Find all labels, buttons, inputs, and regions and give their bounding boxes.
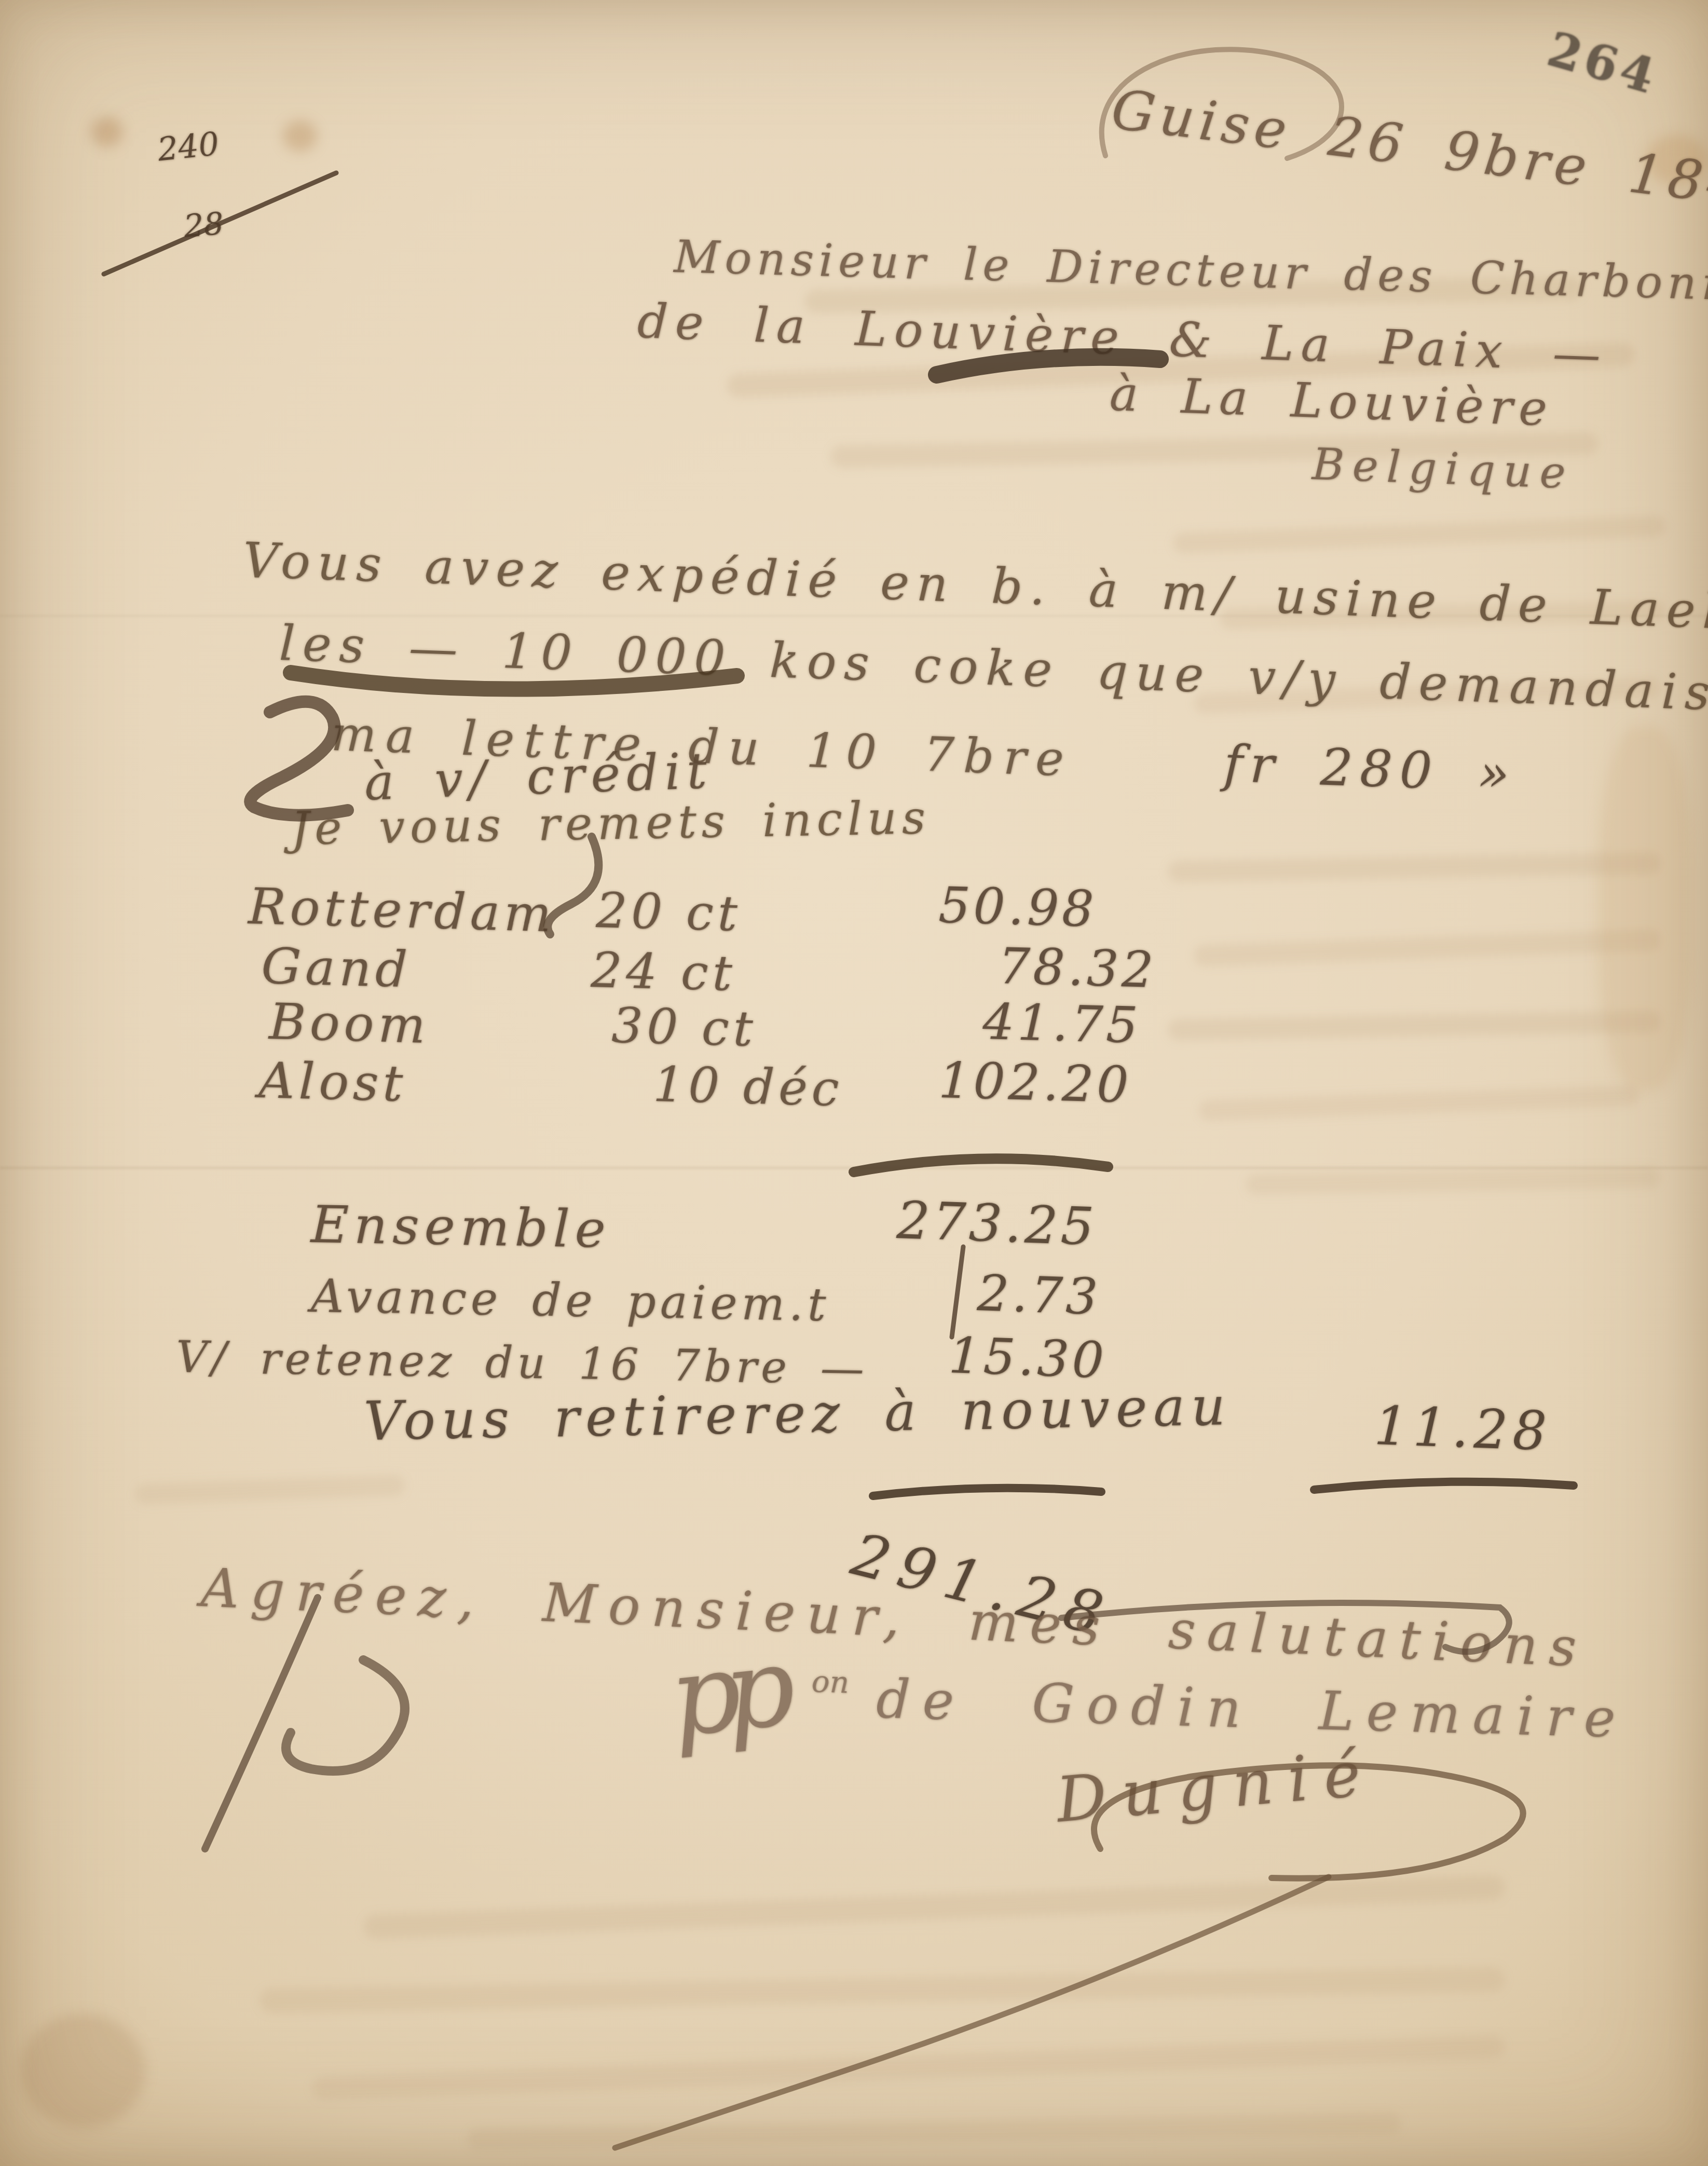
archival-note-bottom: 28 (183, 206, 225, 245)
procuration-monogram: pp (664, 1624, 785, 1761)
table-row-amount: 78.32 (998, 937, 1157, 999)
table-row-place: Alost (258, 1051, 408, 1113)
table-row-qty: 10 déc (652, 1056, 844, 1118)
summary-avance-label: Avance de paiem.t (310, 1269, 830, 1331)
bleed-through-mark (311, 2035, 1505, 2100)
table-row-amount: 41.75 (982, 992, 1142, 1055)
bleed-through-mark (363, 1875, 1505, 1940)
ensemble-rule-stroke (854, 1159, 1108, 1172)
table-row-qty: 24 ct (590, 942, 737, 1002)
table-row-place: Boom (268, 992, 430, 1055)
fold-crease (0, 1167, 1708, 1169)
bleed-through-mark (259, 1967, 1505, 2013)
signature: Dugnié (1054, 1737, 1379, 1836)
folio-number: 264 (1541, 21, 1664, 105)
procuration-name: de Godin Lemaire (876, 1669, 1629, 1750)
dateline: Guise 26 9bre 1842 (1108, 78, 1708, 224)
bleed-through-mark (1173, 515, 1666, 553)
agreez-curl-stroke (286, 1660, 405, 1771)
letter-page: 264 240 28 Guise 26 9bre 1842 Monsieur l… (0, 0, 1708, 2166)
archival-note-top: 240 (156, 125, 221, 169)
table-row-qty: 20 ct (595, 882, 742, 943)
table-row-place: Rotterdam (248, 877, 556, 943)
bleed-through-mark (1199, 1085, 1641, 1121)
bleed-through-mark (1194, 929, 1661, 966)
bleed-through-mark (1246, 1167, 1661, 1195)
recipient-line-4: Belgique (1311, 439, 1575, 499)
paper-stain (1598, 727, 1692, 1090)
avance-bar-stroke (952, 1247, 963, 1337)
bleed-through-mark (467, 2112, 1401, 2150)
paper-stain (91, 117, 123, 147)
table-row-amount: 50.98 (938, 876, 1098, 938)
summary-ensemble-label: Ensemble (310, 1194, 611, 1260)
summary-avance-amount: 2.73 (976, 1264, 1102, 1326)
signature-tail-stroke (615, 1877, 1329, 2148)
remit-line: Je vous remets inclus (291, 791, 931, 855)
table-row-amount: 102.20 (938, 1051, 1132, 1114)
summary-ensemble-amount: 273.25 (896, 1190, 1098, 1257)
credit-amount: fr 280 » (1223, 734, 1518, 804)
table-row-qty: 30 ct (611, 998, 758, 1058)
bleed-through-mark (1168, 1011, 1661, 1041)
agreez-descender-stroke (205, 1598, 318, 1849)
paper-stain (283, 120, 317, 152)
bleed-through-mark (1168, 852, 1661, 883)
bleed-through-mark (134, 1475, 405, 1505)
total-underline-left-stroke (873, 1488, 1101, 1496)
table-row-place: Gand (261, 937, 412, 999)
summary-nouveau-amount: 11.28 (1373, 1395, 1553, 1463)
paper-stain (21, 2014, 145, 2128)
total-underline-right-stroke (1314, 1482, 1574, 1490)
procuration-superscript: on (811, 1664, 850, 1700)
